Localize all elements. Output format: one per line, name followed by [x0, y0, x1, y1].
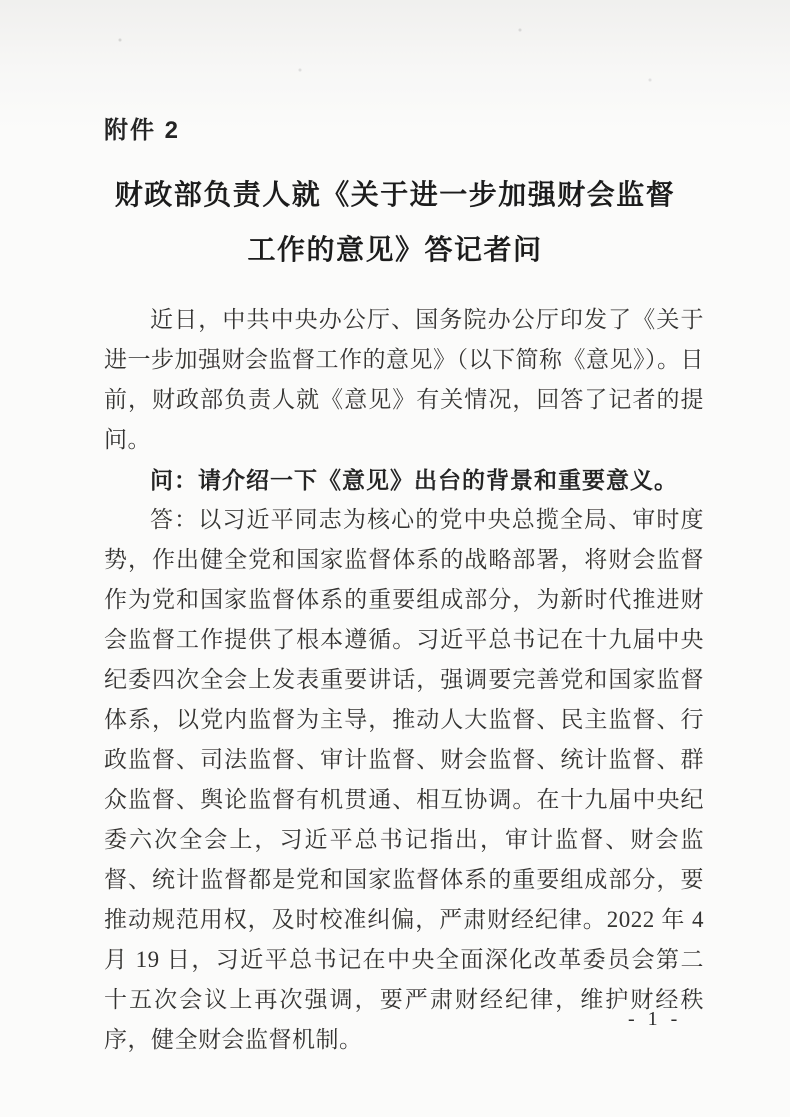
document-title-line-1: 财政部负责人就《关于进一步加强财会监督: [0, 168, 790, 223]
attachment-label: 附件 2: [104, 110, 180, 145]
paragraph-question-1: 问：请介绍一下《意见》出台的背景和重要意义。: [104, 460, 704, 500]
document-title-line-2: 工作的意见》答记者问: [0, 223, 790, 278]
document-title: 财政部负责人就《关于进一步加强财会监督 工作的意见》答记者问: [0, 168, 790, 278]
paragraph-intro: 近日，中共中央办公厅、国务院办公厅印发了《关于进一步加强财会监督工作的意见》（以…: [104, 300, 704, 460]
page-number: - 1 -: [628, 1008, 681, 1031]
document-body: 近日，中共中央办公厅、国务院办公厅印发了《关于进一步加强财会监督工作的意见》（以…: [104, 300, 704, 1060]
paragraph-answer-1: 答：以习近平同志为核心的党中央总揽全局、审时度势，作出健全党和国家监督体系的战略…: [104, 500, 704, 1060]
